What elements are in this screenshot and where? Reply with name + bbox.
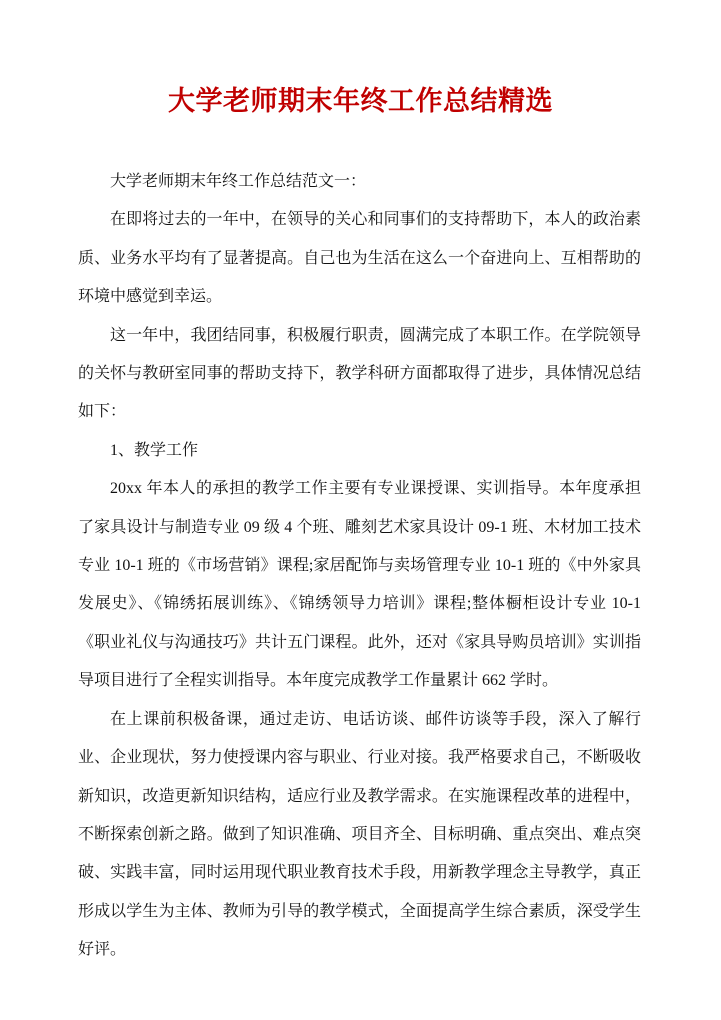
document-body: 大学老师期末年终工作总结范文一：在即将过去的一年中，在领导的关心和同事们的支持帮… [78, 163, 641, 970]
paragraph: 20xx 年本人的承担的教学工作主要有专业课授课、实训指导。本年度承担了家具设计… [78, 470, 641, 700]
paragraph: 这一年中，我团结同事，积极履行职责，圆满完成了本职工作。在学院领导的关怀与教研室… [78, 317, 641, 432]
document-page: 大学老师期末年终工作总结精选 大学老师期末年终工作总结范文一：在即将过去的一年中… [0, 0, 721, 1020]
document-title: 大学老师期末年终工作总结精选 [0, 0, 721, 119]
paragraph: 大学老师期末年终工作总结范文一： [78, 163, 641, 201]
paragraph: 在即将过去的一年中，在领导的关心和同事们的支持帮助下，本人的政治素质、业务水平均… [78, 201, 641, 316]
paragraph: 1、教学工作 [78, 432, 641, 470]
paragraph: 在上课前积极备课，通过走访、电话访谈、邮件访谈等手段，深入了解行业、企业现状，努… [78, 701, 641, 970]
